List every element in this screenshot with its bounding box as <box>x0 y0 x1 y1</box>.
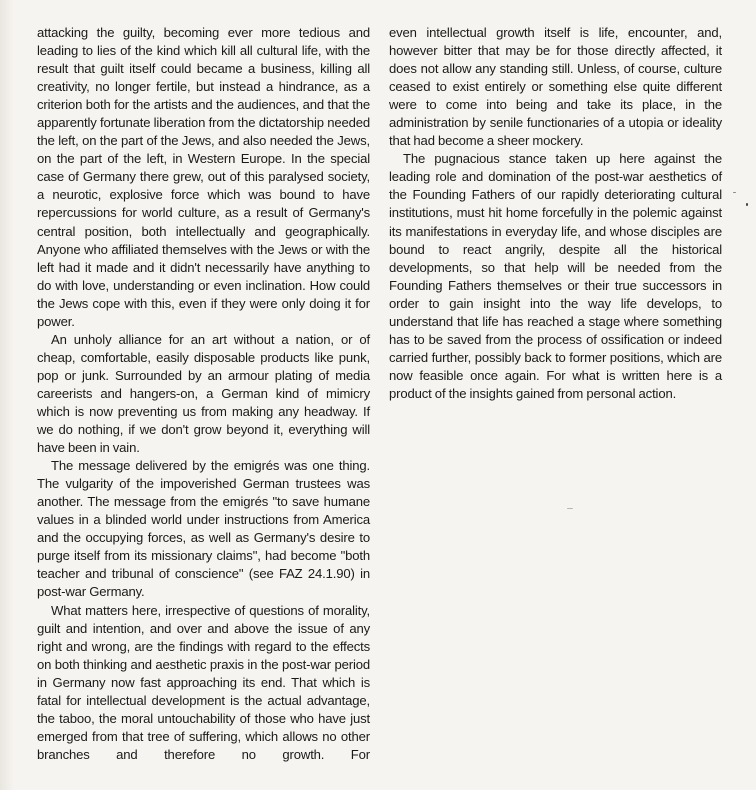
paragraph: even intellectual growth itself is life,… <box>389 24 722 150</box>
paragraph: An unholy alliance for an art without a … <box>37 331 370 457</box>
scan-speck <box>746 203 748 206</box>
paragraph: attacking the guilty, becoming ever more… <box>37 24 370 331</box>
right-text-column: even intellectual growth itself is life,… <box>389 24 722 403</box>
scan-speck <box>733 192 736 193</box>
document-page: attacking the guilty, becoming ever more… <box>0 0 756 790</box>
paragraph: The message delivered by the emigrés was… <box>37 457 370 601</box>
scan-speck <box>567 508 573 509</box>
paragraph: The pugnacious stance taken up here agai… <box>389 150 722 403</box>
paragraph: What matters here, irrespective of quest… <box>37 602 370 764</box>
left-text-column: attacking the guilty, becoming ever more… <box>37 24 370 764</box>
page-edge-shadow <box>0 0 14 790</box>
